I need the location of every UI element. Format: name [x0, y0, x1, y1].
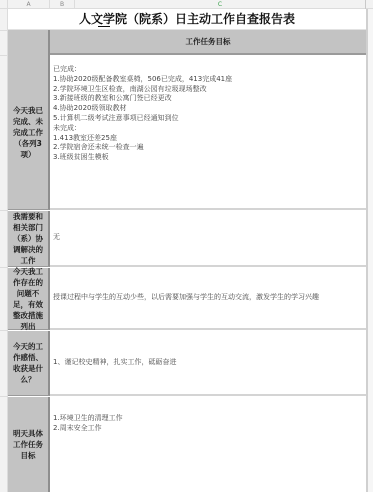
text-line: 2.周末安全工作	[53, 424, 366, 434]
label-cell-reflections[interactable]: 今天的工作感悟、收获是什么？	[8, 331, 50, 396]
select-all-corner[interactable]	[0, 0, 8, 9]
label-cell-tomorrow-goals[interactable]: 明天具体工作任务目标	[8, 397, 50, 492]
header-label: 工作任务目标	[186, 36, 231, 47]
text-line: 已完成：	[53, 65, 366, 75]
row-divider	[0, 30, 8, 31]
label-text: 今天的工作感悟、收获是什么？	[11, 341, 45, 385]
text-line: 4.协助2020级领取教材	[53, 104, 366, 114]
row-divider	[0, 55, 8, 56]
text-line: 1、谨记校史精神，扎实工作，砥砺奋进	[53, 358, 366, 368]
report-title: 人文学院（院系）日主动工作自查报告表	[8, 9, 366, 30]
content-cell-reflections[interactable]: 1、谨记校史精神，扎实工作，砥砺奋进	[50, 331, 366, 396]
row-divider	[0, 330, 8, 331]
row-divider	[0, 267, 8, 268]
row-header-bar[interactable]	[0, 9, 8, 492]
content-cell-today-work[interactable]: 已完成： 1.协助2020级配备教室桌椅，506已完成，413完成41座 2.学…	[50, 55, 366, 210]
text-line: 2.学院环境卫生区检查，南湖公园有垃圾现场整改	[53, 85, 366, 95]
label-text: 明天具体工作任务目标	[11, 428, 45, 461]
content-cell-tomorrow-goals[interactable]: 1.环境卫生的清理工作 2.周末安全工作	[50, 397, 366, 492]
content-cell-coordination[interactable]: 无	[50, 211, 366, 267]
text-line: 1.413教室还差25座	[53, 134, 366, 144]
column-header-bar: A B C	[0, 0, 373, 9]
right-gutter	[366, 9, 373, 492]
text-line: 1.协助2020级配备教室桌椅，506已完成，413完成41座	[53, 75, 366, 85]
text-line: 未完成：	[53, 124, 366, 134]
text-line: 授课过程中与学生的互动少些，以后需要加强与学生的互动交流，激发学生的学习兴趣	[53, 293, 366, 303]
label-cell-problems[interactable]: 今天我工作存在的问题不足，有效整改措施列出	[8, 268, 50, 330]
label-cell-coordination[interactable]: 我需要和相关部门（系）协调解决的工作	[8, 211, 50, 267]
text-line: 1.环境卫生的清理工作	[53, 414, 366, 424]
column-header-b[interactable]: B	[50, 0, 75, 9]
content-cell-problems[interactable]: 授课过程中与学生的互动少些，以后需要加强与学生的互动交流，激发学生的学习兴趣	[50, 268, 366, 330]
text-line: 无	[53, 233, 366, 243]
row-divider	[0, 210, 8, 211]
label-text: 今天我已完成、未完成工作（各列3项）	[11, 105, 45, 160]
header-cell-task-goals[interactable]: 工作任务目标	[50, 30, 366, 55]
text-line: 2.学院宿舍还未统一检查一遍	[53, 143, 366, 153]
text-line: 3.班级贫困生模板	[53, 153, 366, 163]
text-line: 3.新接班级的教室和公寓门签已经更改	[53, 94, 366, 104]
title-underline	[98, 26, 110, 27]
label-cell-today-work[interactable]: 今天我已完成、未完成工作（各列3项）	[8, 55, 50, 210]
label-text: 今天我工作存在的问题不足，有效整改措施列出	[11, 266, 45, 332]
column-header-a[interactable]: A	[8, 0, 50, 9]
row-divider	[0, 396, 8, 397]
label-text: 我需要和相关部门（系）协调解决的工作	[11, 211, 45, 266]
text-line: 5.计算机二级考试注意事项已经通知到位	[53, 114, 366, 124]
column-header-d[interactable]	[366, 0, 373, 9]
column-header-c[interactable]: C	[75, 0, 366, 9]
spreadsheet: A B C 人文学院（院系）日主动工作自查报告表 工作任务目标 今天我已完成、未…	[0, 0, 373, 492]
title-row[interactable]: 人文学院（院系）日主动工作自查报告表	[8, 9, 366, 30]
